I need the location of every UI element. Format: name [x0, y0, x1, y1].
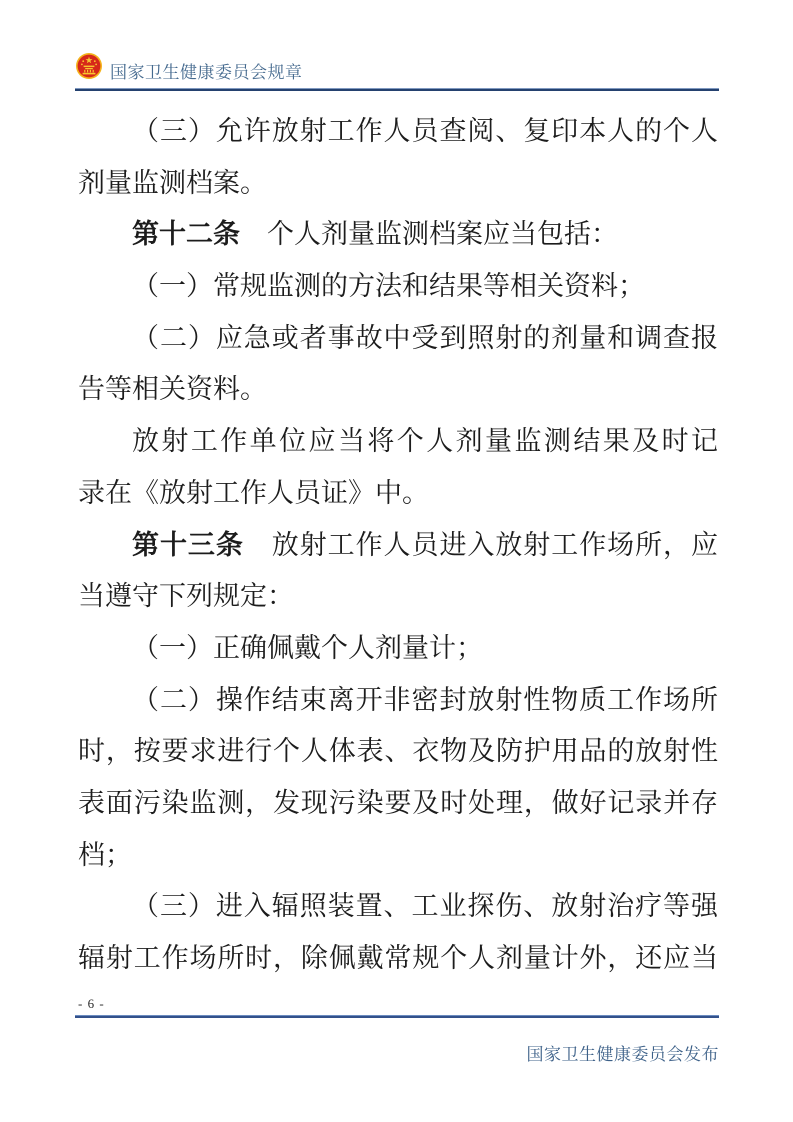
- body-line: 录在《放射工作人员证》中。: [78, 468, 718, 520]
- body-line: 第十二条 个人剂量监测档案应当包括：: [78, 209, 718, 261]
- publisher-label: 国家卫生健康委员会发布: [527, 1040, 720, 1065]
- body-line: 告等相关资料。: [78, 364, 718, 416]
- header-rule: [75, 88, 719, 91]
- header-title: 国家卫生健康委员会规章: [110, 58, 303, 83]
- body-line: 表面污染监测，发现污染要及时处理，做好记录并存: [78, 778, 718, 830]
- article-number: 第十二条: [132, 219, 240, 249]
- body-line: （一）正确佩戴个人剂量计；: [78, 623, 718, 675]
- body-line: （一）常规监测的方法和结果等相关资料；: [78, 261, 718, 313]
- article-text: 个人剂量监测档案应当包括：: [240, 219, 618, 249]
- body-line: （二）应急或者事故中受到照射的剂量和调查报: [78, 313, 718, 365]
- national-emblem-icon: [76, 53, 102, 79]
- article-text: 放射工作人员进入放射工作场所，应: [244, 530, 718, 560]
- body-line: 第十三条 放射工作人员进入放射工作场所，应: [78, 520, 718, 572]
- body-line: （二）操作结束离开非密封放射性物质工作场所: [78, 675, 718, 727]
- body-line: 剂量监测档案。: [78, 158, 718, 210]
- footer-rule: [75, 1015, 719, 1018]
- body-line: 时，按要求进行个人体表、衣物及防护用品的放射性: [78, 726, 718, 778]
- body-line: 档；: [78, 830, 718, 882]
- document-body: （三）允许放射工作人员查阅、复印本人的个人 剂量监测档案。 第十二条 个人剂量监…: [78, 106, 718, 985]
- document-page: 国家卫生健康委员会规章 （三）允许放射工作人员查阅、复印本人的个人 剂量监测档案…: [0, 0, 793, 1122]
- body-line: （三）允许放射工作人员查阅、复印本人的个人: [78, 106, 718, 158]
- body-line: （三）进入辐照装置、工业探伤、放射治疗等强: [78, 881, 718, 933]
- body-line: 辐射工作场所时，除佩戴常规个人剂量计外，还应当: [78, 933, 718, 985]
- page-number: - 6 -: [78, 996, 105, 1012]
- body-line: 放射工作单位应当将个人剂量监测结果及时记: [78, 416, 718, 468]
- body-line: 当遵守下列规定：: [78, 571, 718, 623]
- article-number: 第十三条: [132, 530, 244, 560]
